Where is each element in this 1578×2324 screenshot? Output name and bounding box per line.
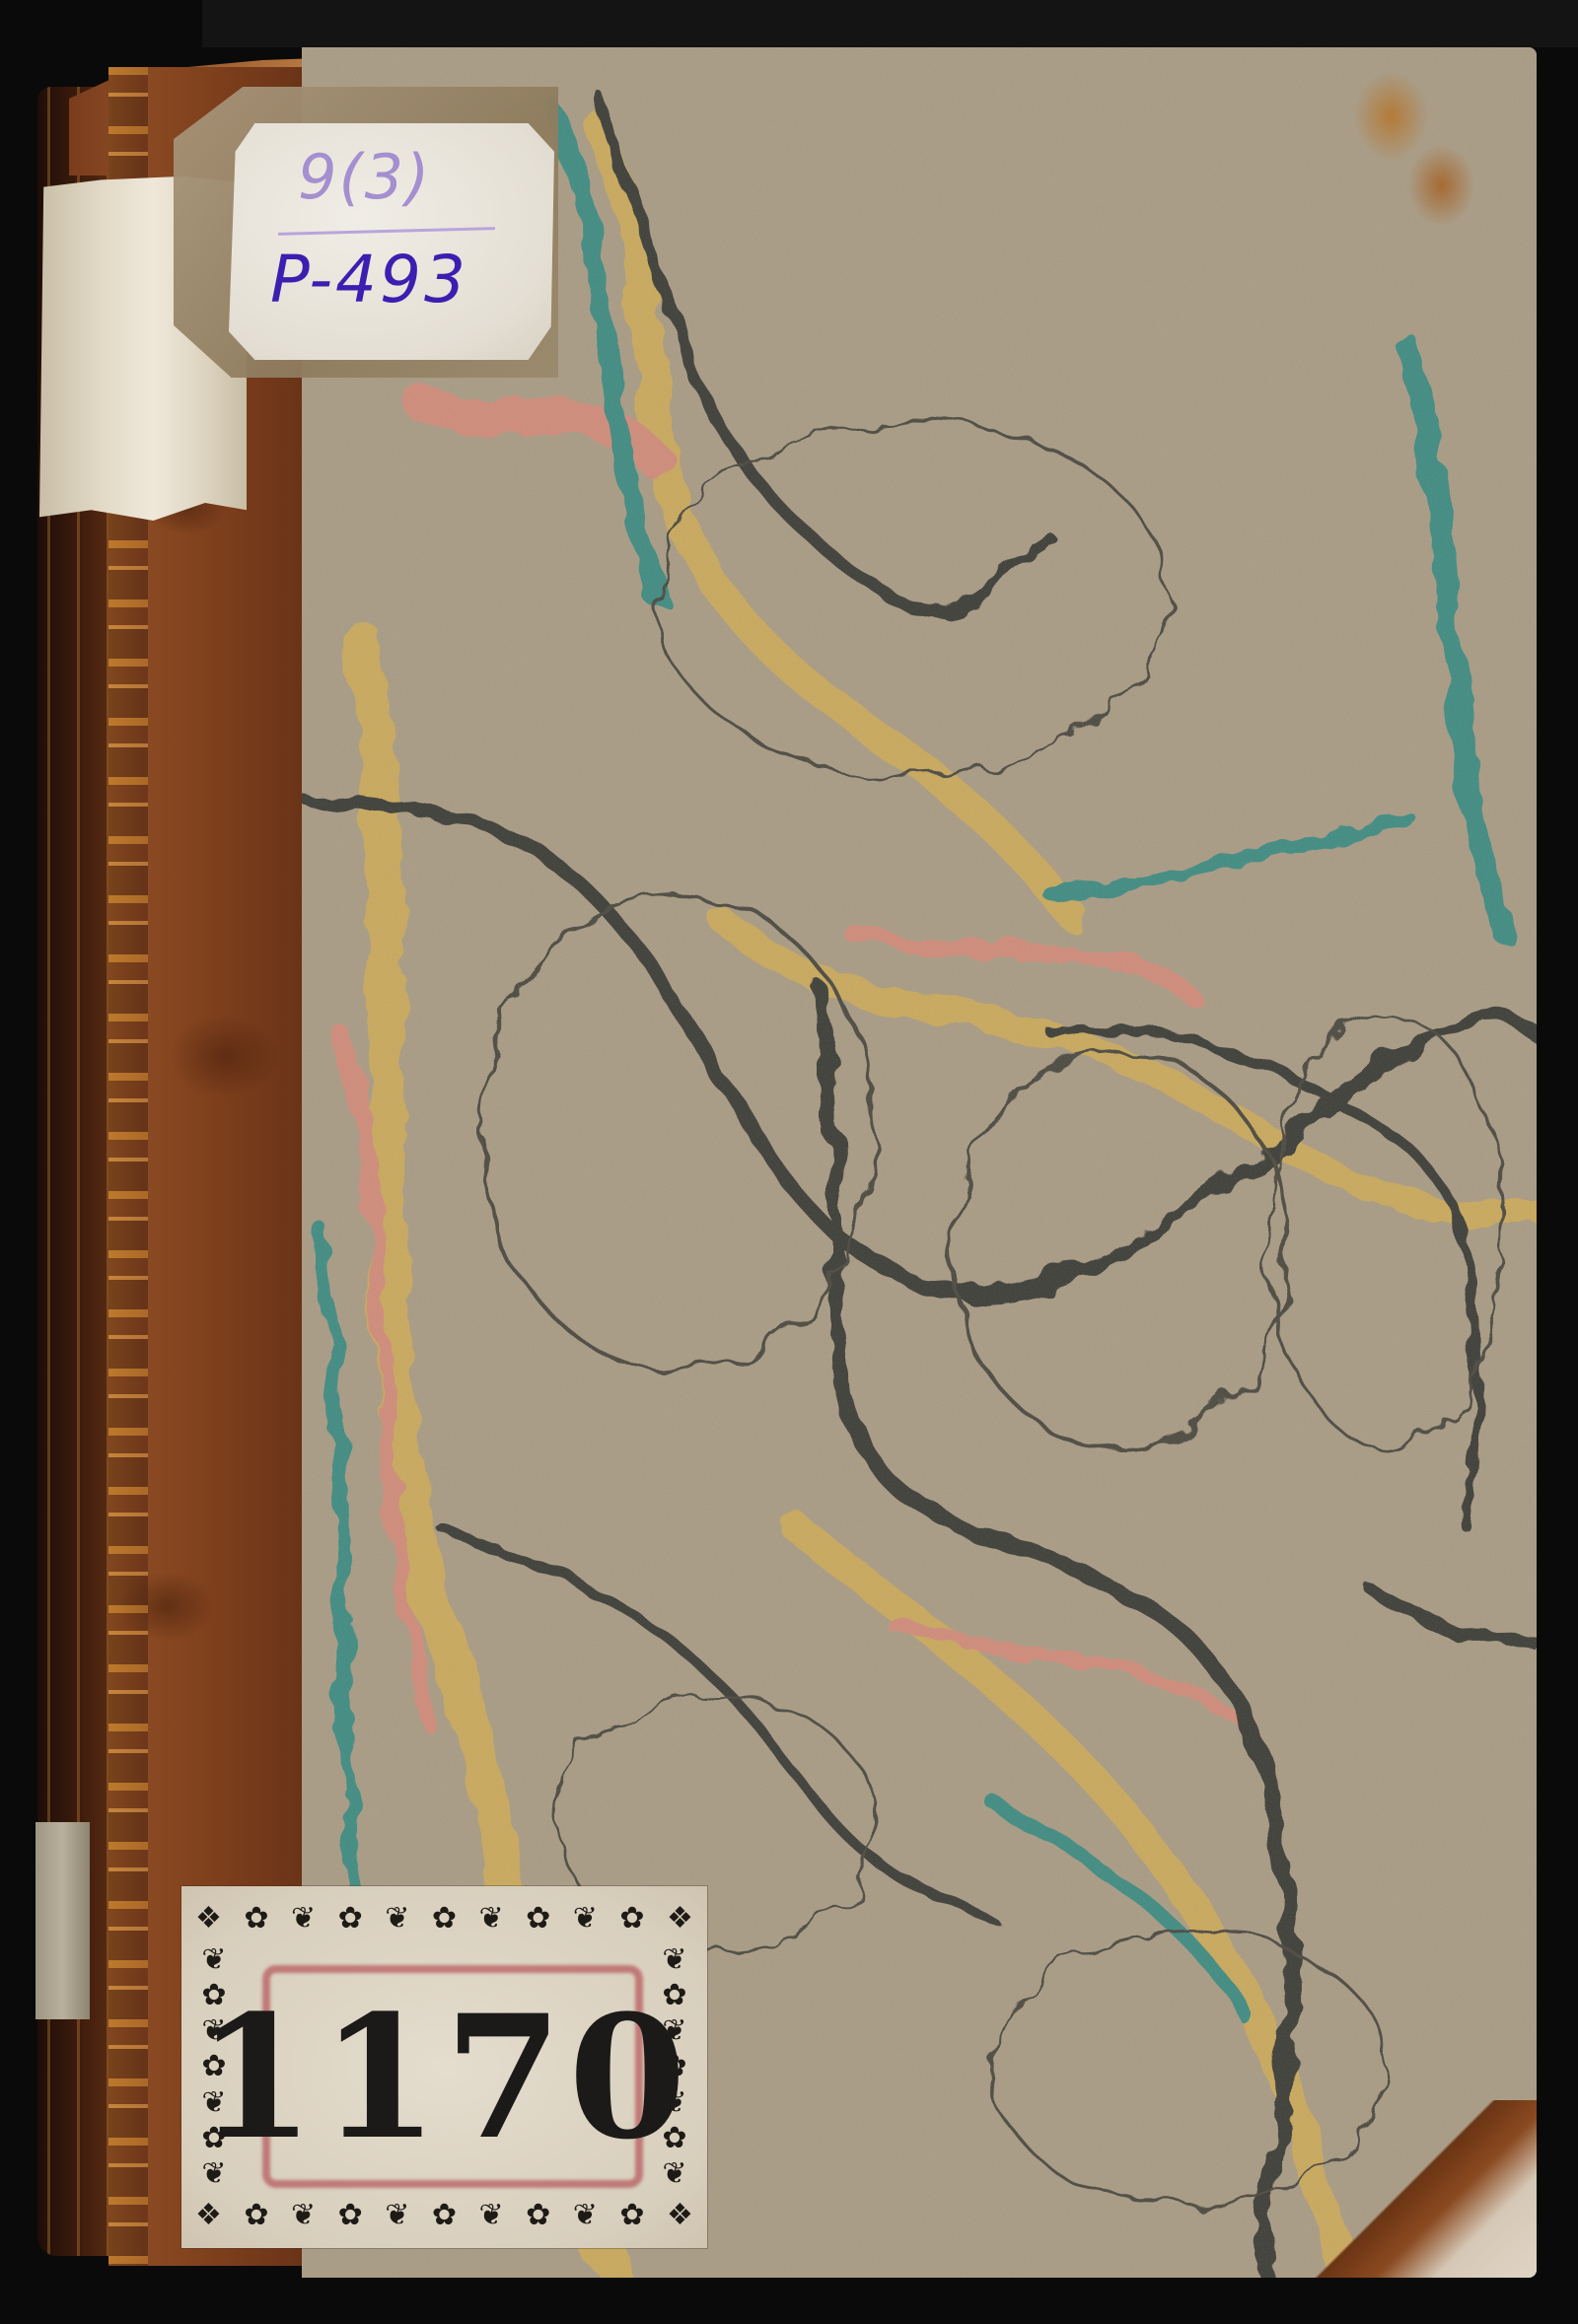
printed-number-label: ❖✿❦✿❦✿❦✿❦✿❖ ❖✿❦✿❦✿❦✿❦✿❖ ❦✿❦✿❦✿❦ ❦✿❦✿❦✿❦ … xyxy=(181,1886,707,2248)
catalog-number: 1170 xyxy=(181,1993,707,2162)
photo-backdrop xyxy=(202,0,1578,47)
bottom-right-leather-corner xyxy=(1310,2100,1537,2278)
spine-lower-tag xyxy=(36,1822,90,2019)
top-right-leather-patch xyxy=(1332,47,1500,245)
shelfmark-class-number: 9(3) xyxy=(298,141,431,213)
shelfmark-label: 9(3) P-493 xyxy=(229,123,554,360)
rosette-border-bottom-icon: ❖✿❦✿❦✿❦✿❦✿❖ xyxy=(195,2195,693,2236)
shelfmark-call-number: P-493 xyxy=(270,242,468,317)
shelfmark-divider xyxy=(278,227,495,236)
rosette-border-top-icon: ❖✿❦✿❦✿❦✿❦✿❖ xyxy=(195,1898,693,1939)
